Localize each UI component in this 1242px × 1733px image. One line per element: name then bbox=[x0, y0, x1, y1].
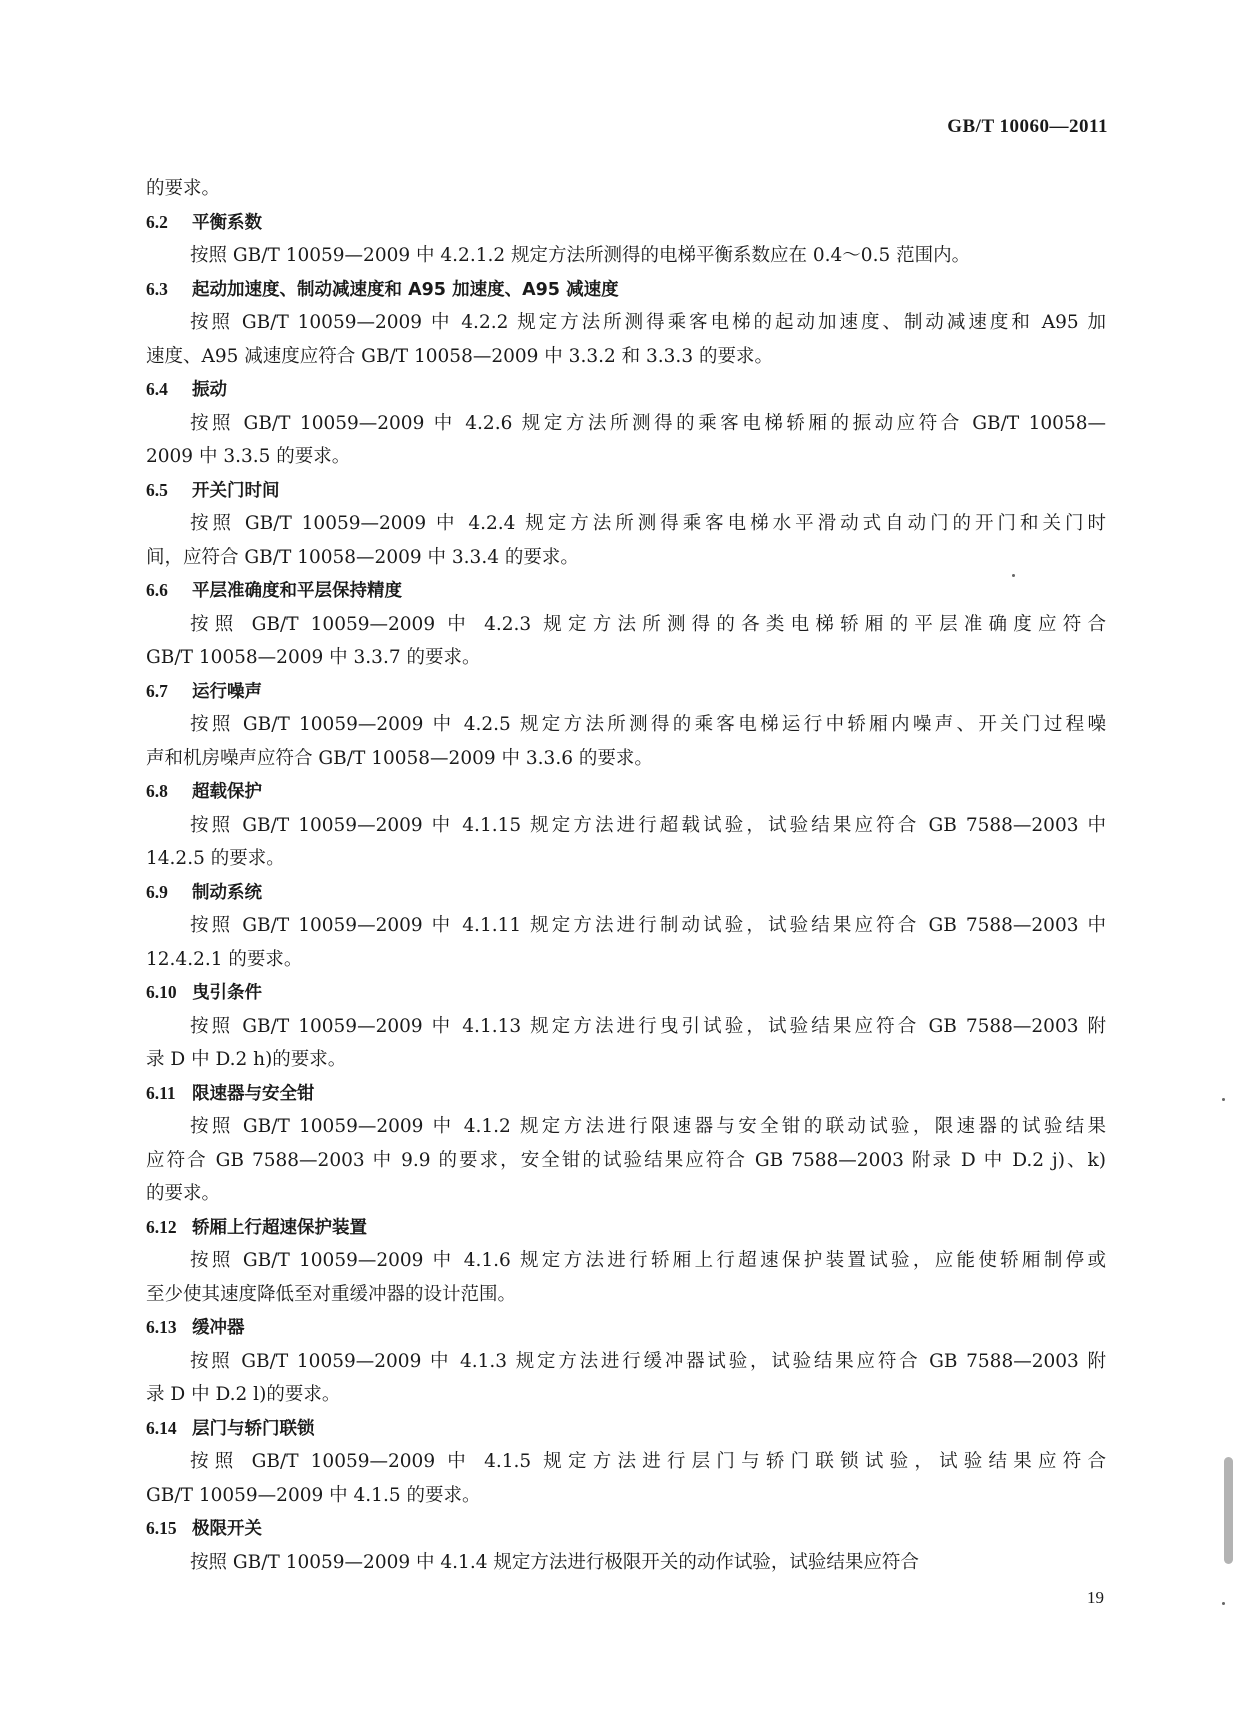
section-title: 起动加速度、制动减速度和 A95 加速度、A95 减速度 bbox=[192, 280, 619, 300]
section-number: 6.5 bbox=[146, 474, 192, 508]
section-title: 层门与轿门联锁 bbox=[192, 1419, 315, 1439]
section-heading: 6.14层门与轿门联锁 bbox=[146, 1412, 1106, 1446]
section-heading: 6.12轿厢上行超速保护装置 bbox=[146, 1211, 1106, 1245]
section-number: 6.11 bbox=[146, 1077, 192, 1111]
paragraph-line: 14.2.5 的要求。 bbox=[146, 842, 1106, 876]
section-title: 限速器与安全钳 bbox=[192, 1084, 315, 1104]
section-number: 6.4 bbox=[146, 373, 192, 407]
section-number: 6.7 bbox=[146, 675, 192, 709]
section-heading: 6.9制动系统 bbox=[146, 876, 1106, 910]
scan-speck bbox=[1222, 1602, 1225, 1605]
section-number: 6.12 bbox=[146, 1211, 192, 1245]
paragraph-line: 按照 GB/T 10059—2009 中 4.2.2 规定方法所测得乘客电梯的起… bbox=[146, 306, 1106, 340]
section-heading: 6.13缓冲器 bbox=[146, 1311, 1106, 1345]
paragraph-line: 应符合 GB 7588—2003 中 9.9 的要求，安全钳的试验结果应符合 G… bbox=[146, 1144, 1106, 1178]
section-heading: 6.8超载保护 bbox=[146, 775, 1106, 809]
standard-number-header: GB/T 10060—2011 bbox=[947, 116, 1108, 138]
section-title: 运行噪声 bbox=[192, 682, 262, 702]
section-number: 6.10 bbox=[146, 976, 192, 1010]
paragraph-line: 录 D 中 D.2 h)的要求。 bbox=[146, 1043, 1106, 1077]
section-title: 超载保护 bbox=[192, 782, 262, 802]
paragraph-line: 按照 GB/T 10059—2009 中 4.1.5 规定方法进行层门与轿门联锁… bbox=[146, 1445, 1106, 1479]
paragraph-line: 按照 GB/T 10059—2009 中 4.2.5 规定方法所测得的乘客电梯运… bbox=[146, 708, 1106, 742]
paragraph-line: 录 D 中 D.2 l)的要求。 bbox=[146, 1378, 1106, 1412]
continuation-text: 的要求。 bbox=[146, 172, 1106, 206]
page-number: 19 bbox=[1087, 1588, 1104, 1608]
section-number: 6.14 bbox=[146, 1412, 192, 1446]
paragraph-line: GB/T 10058—2009 中 3.3.7 的要求。 bbox=[146, 641, 1106, 675]
paragraph-line: 按照 GB/T 10059—2009 中 4.2.3 规定方法所测得的各类电梯轿… bbox=[146, 608, 1106, 642]
paragraph-line: 12.4.2.1 的要求。 bbox=[146, 943, 1106, 977]
paragraph-line: 2009 中 3.3.5 的要求。 bbox=[146, 440, 1106, 474]
section-number: 6.9 bbox=[146, 876, 192, 910]
section-number: 6.6 bbox=[146, 574, 192, 608]
paragraph-line: 按照 GB/T 10059—2009 中 4.1.3 规定方法进行缓冲器试验，试… bbox=[146, 1345, 1106, 1379]
paragraph-line: GB/T 10059—2009 中 4.1.5 的要求。 bbox=[146, 1479, 1106, 1513]
section-heading: 6.5开关门时间 bbox=[146, 474, 1106, 508]
document-body: 的要求。 6.2平衡系数按照 GB/T 10059—2009 中 4.2.1.2… bbox=[146, 172, 1106, 1579]
section-title: 开关门时间 bbox=[192, 481, 280, 501]
section-heading: 6.11限速器与安全钳 bbox=[146, 1077, 1106, 1111]
section-heading: 6.4振动 bbox=[146, 373, 1106, 407]
paragraph-line: 按照 GB/T 10059—2009 中 4.1.15 规定方法进行超载试验，试… bbox=[146, 809, 1106, 843]
paragraph-line: 按照 GB/T 10059—2009 中 4.2.6 规定方法所测得的乘客电梯轿… bbox=[146, 407, 1106, 441]
paragraph-line: 至少使其速度降低至对重缓冲器的设计范围。 bbox=[146, 1278, 1106, 1312]
section-heading: 6.2平衡系数 bbox=[146, 206, 1106, 240]
section-title: 缓冲器 bbox=[192, 1318, 245, 1338]
paragraph-line: 按照 GB/T 10059—2009 中 4.1.13 规定方法进行曳引试验，试… bbox=[146, 1010, 1106, 1044]
section-title: 轿厢上行超速保护装置 bbox=[192, 1218, 367, 1238]
section-heading: 6.3起动加速度、制动减速度和 A95 加速度、A95 减速度 bbox=[146, 273, 1106, 307]
section-title: 制动系统 bbox=[192, 883, 262, 903]
section-title: 平层准确度和平层保持精度 bbox=[192, 581, 402, 601]
paragraph-line: 声和机房噪声应符合 GB/T 10058—2009 中 3.3.6 的要求。 bbox=[146, 742, 1106, 776]
section-title: 振动 bbox=[192, 380, 227, 400]
section-number: 6.8 bbox=[146, 775, 192, 809]
paragraph-line: 间，应符合 GB/T 10058—2009 中 3.3.4 的要求。 bbox=[146, 541, 1106, 575]
section-number: 6.15 bbox=[146, 1512, 192, 1546]
section-number: 6.2 bbox=[146, 206, 192, 240]
section-number: 6.13 bbox=[146, 1311, 192, 1345]
section-number: 6.3 bbox=[146, 273, 192, 307]
paragraph-line: 按照 GB/T 10059—2009 中 4.1.2 规定方法进行限速器与安全钳… bbox=[146, 1110, 1106, 1144]
paragraph-line: 按照 GB/T 10059—2009 中 4.1.11 规定方法进行制动试验，试… bbox=[146, 909, 1106, 943]
section-heading: 6.7运行噪声 bbox=[146, 675, 1106, 709]
vertical-scrollbar-thumb[interactable] bbox=[1224, 1457, 1233, 1564]
section-heading: 6.6平层准确度和平层保持精度 bbox=[146, 574, 1106, 608]
paragraph-line: 按照 GB/T 10059—2009 中 4.1.6 规定方法进行轿厢上行超速保… bbox=[146, 1244, 1106, 1278]
paragraph-line: 的要求。 bbox=[146, 1177, 1106, 1211]
scan-speck bbox=[1012, 574, 1015, 577]
scan-speck bbox=[1222, 1098, 1225, 1101]
section-title: 平衡系数 bbox=[192, 213, 262, 233]
section-heading: 6.15极限开关 bbox=[146, 1512, 1106, 1546]
section-heading: 6.10曳引条件 bbox=[146, 976, 1106, 1010]
paragraph-line: 按照 GB/T 10059—2009 中 4.1.4 规定方法进行极限开关的动作… bbox=[146, 1546, 1106, 1580]
paragraph-line: 速度、A95 减速度应符合 GB/T 10058—2009 中 3.3.2 和 … bbox=[146, 340, 1106, 374]
section-title: 曳引条件 bbox=[192, 983, 262, 1003]
paragraph-line: 按照 GB/T 10059—2009 中 4.2.1.2 规定方法所测得的电梯平… bbox=[146, 239, 1106, 273]
paragraph-line: 按照 GB/T 10059—2009 中 4.2.4 规定方法所测得乘客电梯水平… bbox=[146, 507, 1106, 541]
section-title: 极限开关 bbox=[192, 1519, 262, 1539]
